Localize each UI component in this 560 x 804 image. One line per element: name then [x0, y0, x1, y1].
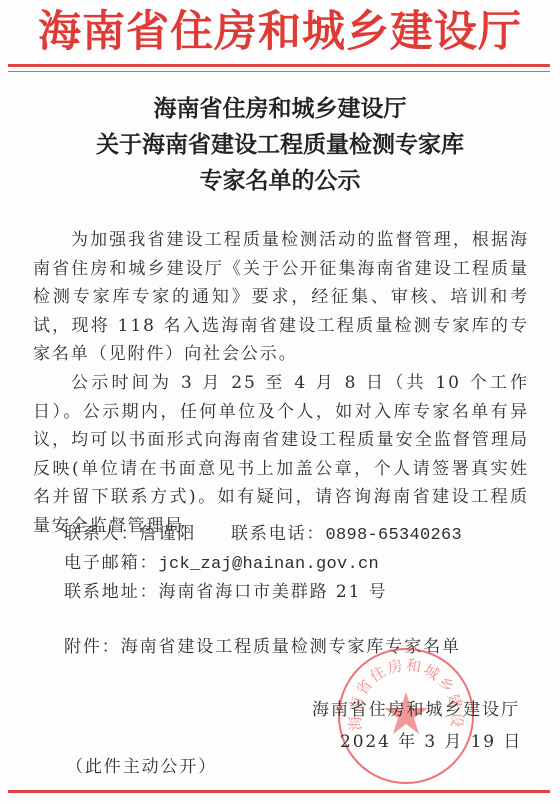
- paragraph-1: 为加强我省建设工程质量检测活动的监督管理，根据海南省住房和城乡建设厅《关于公开征…: [33, 226, 529, 369]
- contact-person-name: 詹谨阳: [140, 524, 197, 544]
- contact-phone: 0898-65340263: [325, 526, 462, 545]
- doc-title-line-2: 关于海南省建设工程质量检测专家库: [0, 131, 560, 159]
- contact-email-row: 电子邮箱：jck_zaj@hainan.gov.cn: [64, 548, 379, 574]
- contact-address-row: 联系地址：海南省海口市美群路 21 号: [64, 577, 388, 602]
- contact-address-label: 联系地址：: [64, 582, 159, 602]
- contact-person-label: 联系人：: [64, 524, 140, 544]
- disclosure-note: （此件主动公开）: [66, 752, 217, 777]
- doc-title-line-1: 海南省住房和城乡建设厅: [0, 95, 560, 123]
- contact-phone-label: 联系电话：: [231, 524, 326, 544]
- contact-email: jck_zaj@hainan.gov.cn: [159, 555, 380, 574]
- signature-date: 2024 年 3 月 19 日: [340, 727, 522, 752]
- doc-title-line-3: 专家名单的公示: [0, 167, 560, 195]
- masthead-rule-thick: [8, 64, 550, 67]
- contact-address: 海南省海口市美群路 21 号: [159, 582, 388, 602]
- footer-rule: [8, 790, 550, 793]
- masthead-rule-thin: [8, 71, 550, 72]
- paragraph-2: 公示时间为 3 月 25 至 4 月 8 日（共 10 个工作日）。公示期内，任…: [33, 369, 529, 540]
- masthead-title: 海南省住房和城乡建设厅: [0, 6, 560, 58]
- signature-org: 海南省住房和城乡建设厅: [312, 695, 520, 720]
- contact-email-label: 电子邮箱：: [64, 553, 159, 573]
- attachment-label: 附件：: [64, 637, 121, 657]
- contact-person-row: 联系人：詹谨阳 联系电话：0898-65340263: [64, 519, 462, 545]
